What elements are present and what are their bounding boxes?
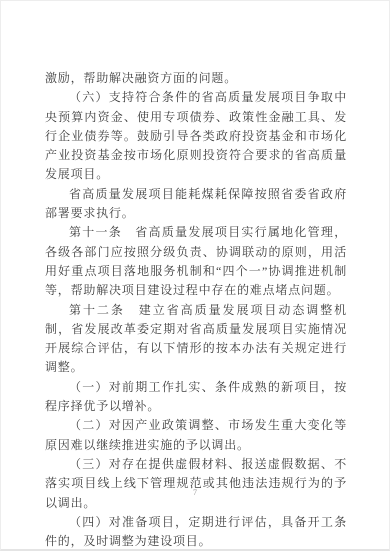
paragraph-item-6: （六）支持符合条件的省高质量发展项目争取中央预算内资金、使用专项债券、政策性金融…	[45, 88, 347, 184]
paragraph-article-11: 第十一条 省高质量发展项目实行属地化管理，各级各部门应按照分级负责、协调联动的原…	[45, 223, 347, 300]
paragraph-subitem-2: （二）对因产业政策调整、市场发生重大变化等原因难以继续推进实施的予以调出。	[45, 416, 347, 455]
document-page: 激励，帮助解决融资方面的问题。 （六）支持符合条件的省高质量发展项目争取中央预算…	[0, 0, 390, 551]
paragraph-continuation: 激励，帮助解决融资方面的问题。	[45, 69, 347, 88]
paragraph-energy-guarantee: 省高质量发展项目能耗煤耗保障按照省委省政府部署要求执行。	[45, 185, 347, 224]
page-number: 7	[1, 488, 389, 497]
paragraph-article-12: 第十二条 建立省高质量发展项目动态调整机制，省发展改革委定期对省高质量发展项目实…	[45, 301, 347, 378]
document-text-block: 激励，帮助解决融资方面的问题。 （六）支持符合条件的省高质量发展项目争取中央预算…	[45, 69, 347, 551]
paragraph-subitem-4: （四）对准备项目，定期进行评估，具备开工条件的，及时调整为建设项目。	[45, 513, 347, 551]
paragraph-subitem-3: （三）对存在提供虚假材料、报送虚假数据、不落实项目线上线下管理规范或其他违法违规…	[45, 455, 347, 513]
paragraph-subitem-1: （一）对前期工作扎实、条件成熟的新项目，按程序择优予以增补。	[45, 378, 347, 417]
